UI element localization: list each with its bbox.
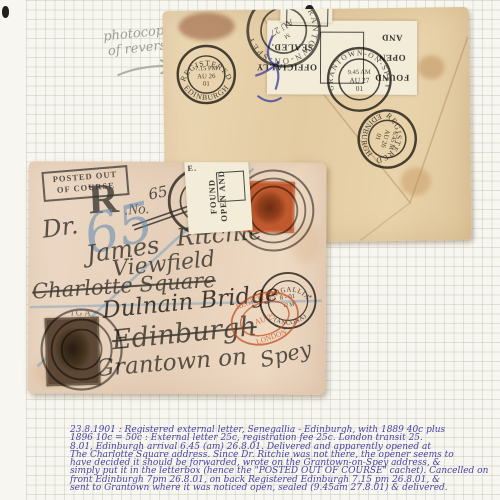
caption-line: sent to Grantown where it was noticed op… — [70, 484, 498, 492]
postmark-registered-edinburgh-back: REGISTERED EDINBURGH 7.15 PM AU 26 01 — [175, 43, 238, 106]
postmark-date: AU 26 — [197, 73, 216, 80]
postmark-year: 01 — [203, 81, 210, 88]
postmark-date: AU 25 — [253, 311, 276, 327]
cancel-letters: IGA — [71, 307, 93, 317]
manuscript-65-gray: 65 — [147, 182, 169, 203]
album-caption: 23.8.1901 : Registered external letter, … — [70, 426, 498, 492]
postmark-date: AU 27 — [268, 16, 295, 38]
envelope-front: POSTED OUT OF COURSE R .No. 65 65 Dr. Ja… — [27, 161, 326, 395]
address-dr: Dr. — [41, 211, 80, 244]
postmark-grantown-on-spey: GRANTOWN-ON-SPEY 9.45 AM AU 27 01 — [325, 45, 394, 114]
album-page-photo: photocopy of reverse FOUND OPEN AND OFFI… — [0, 0, 500, 500]
found-open-label-vertical: E. FOUND OPEN AND — [184, 161, 253, 234]
label-corner-letter: E. — [187, 164, 197, 174]
postmark-year: 01 — [374, 132, 382, 140]
postmark-time: M — [282, 31, 291, 40]
postmark-year: 01 — [356, 84, 364, 93]
ink-speck — [2, 6, 9, 18]
cancel-arcs-brown-stamp: IGA — [33, 301, 130, 395]
postmark-time: 7.15 PM — [195, 65, 218, 72]
